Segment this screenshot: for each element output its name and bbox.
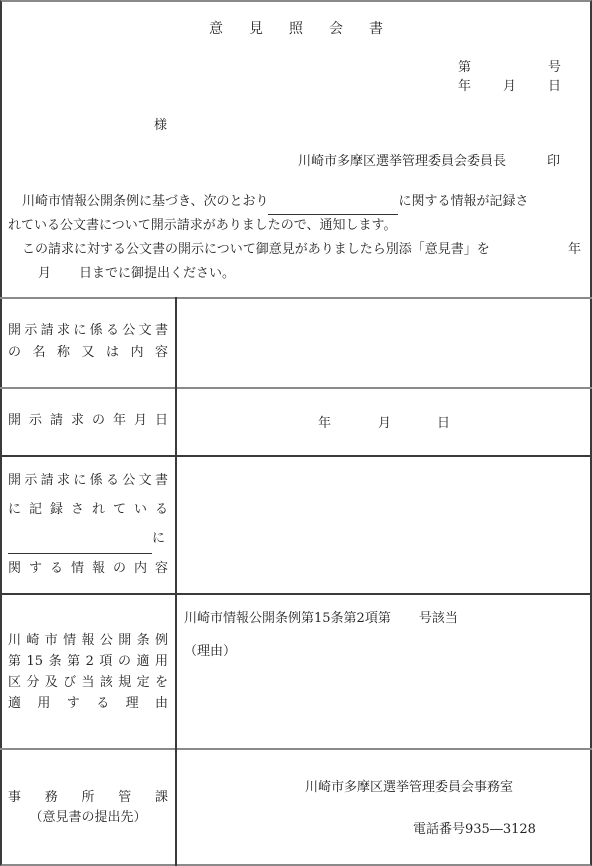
title-char: 見 xyxy=(249,18,263,38)
number-suffix: 号 xyxy=(548,56,561,75)
body-paragraph-2-line-2: 月日までに御提出ください。 xyxy=(8,262,584,286)
body-paragraph-2: この請求に対する公文書の開示について御意見がありましたら別添「意見書」を年 xyxy=(8,238,584,262)
table-top-border xyxy=(0,297,592,299)
article-applicable-line: 川崎市情報公開条例第15条第2項第号該当 xyxy=(184,607,458,626)
subject-blank-line: ​ xyxy=(268,190,398,215)
title-char: 会 xyxy=(329,18,343,38)
value-recorded-info[interactable] xyxy=(180,458,588,590)
row-divider xyxy=(0,455,592,457)
label-document-name: 開示請求に係る公文書 の名称又は内容 xyxy=(8,320,168,364)
title-char: 書 xyxy=(369,18,383,38)
number-prefix: 第 xyxy=(458,56,471,75)
reason-label: （理由） xyxy=(184,640,236,659)
label-article-15: 川崎市情報公開条例 第15条第2項の適用 区分及び当該規定を 適用する理由 xyxy=(8,630,168,714)
body-paragraph-1: 川崎市情報公開条例に基づき、次のとおり​に関する情報が記録さ xyxy=(8,190,584,215)
value-document-name[interactable] xyxy=(180,300,588,384)
date-day: 日 xyxy=(548,75,561,94)
addressee-suffix: 様 xyxy=(154,114,167,133)
title-char: 照 xyxy=(289,18,303,38)
date-month: 月 xyxy=(503,75,516,94)
date-year: 年 xyxy=(458,75,471,94)
request-date-year: 年 xyxy=(318,412,331,431)
info-blank-line: ​ xyxy=(8,524,152,554)
label-office: 事務所管課 （意見書の提出先） xyxy=(8,788,168,828)
seal-mark: 印 xyxy=(547,150,560,169)
column-divider xyxy=(175,297,177,866)
title-char: 意 xyxy=(209,18,223,38)
label-request-date: 開示請求の年月日 xyxy=(8,410,168,432)
body-paragraph-1-line-2: れている公文書について開示請求がありましたので、通知します。 xyxy=(8,214,584,238)
row-divider xyxy=(0,387,592,389)
row-divider xyxy=(0,593,592,595)
document-title: 意見照会書 xyxy=(0,18,592,38)
document-frame xyxy=(0,0,592,866)
request-date-day: 日 xyxy=(437,412,450,431)
office-name: 川崎市多摩区選挙管理委員会事務室 xyxy=(305,776,513,795)
sender-name: 川崎市多摩区選挙管理委員会委員長 xyxy=(298,150,506,169)
label-recorded-info: 開示請求に係る公文書 に記録されている ​に 関する情報の内容 xyxy=(8,466,168,583)
office-phone: 電話番号935―3128 xyxy=(413,818,536,837)
request-date-month: 月 xyxy=(378,412,391,431)
row-divider xyxy=(0,748,592,750)
